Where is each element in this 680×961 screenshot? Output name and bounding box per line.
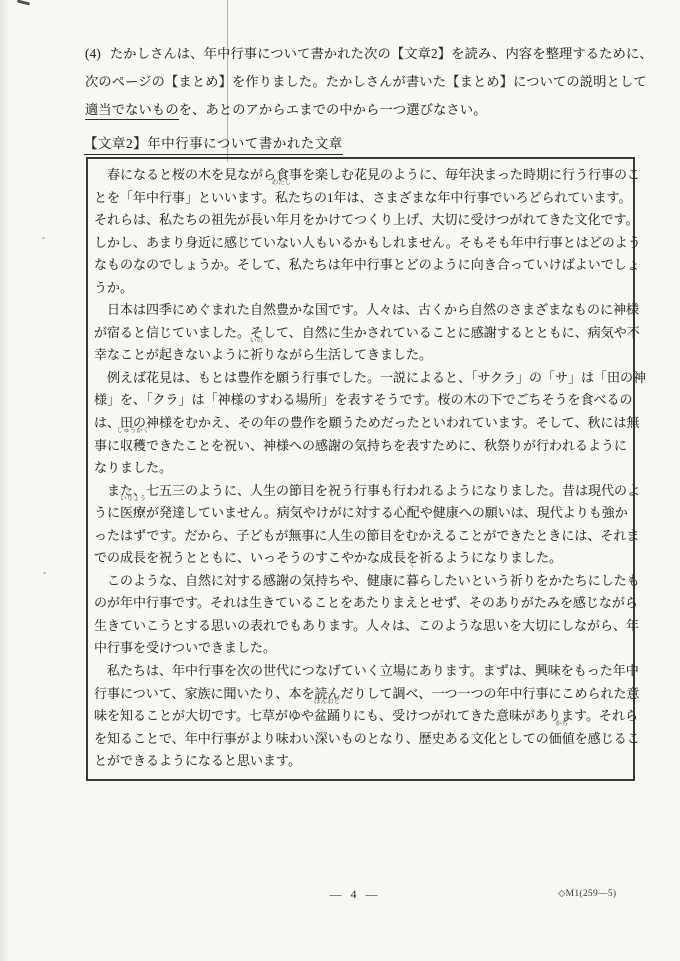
question-text: 次のページの【まとめ】を作りました。たかしさんが書いた【まとめ】についての説明と…: [85, 74, 647, 89]
passage-line: 味を知ることが大切です。七草がゆや盆踊ぼんおどりにも、受けつがれてきた意味があり…: [94, 705, 627, 728]
passage-line: での成長を祝うとともに、いっそうのすこやかな成長を祈るようになりました。: [94, 547, 627, 570]
passage-heading: 【文章2】年中行事について書かれた文章: [84, 133, 343, 155]
passage-line: 私たちは、年中行事を次の世代につなげていく立場にあります。まずは、興味をもった年…: [94, 660, 627, 683]
passage-line: 生きていこうとする思いの表れでもあります。人々は、このような思いを大切にしながら…: [94, 615, 627, 638]
passage-line: なものなのでしょうか。そして、私たちは年中行事とどのように向き合っていけばよいで…: [94, 254, 627, 277]
question-line: 適当でないものを、あとのアからエまでの中から一つ選びなさい。: [85, 96, 651, 124]
passage-line: 中行事を受けついできました。: [94, 637, 627, 660]
passage-line: が宿ると信じていました。そして、自然に生かされていることに感謝するとともに、病気…: [94, 322, 627, 345]
furigana-term: 私わたし: [275, 187, 288, 210]
footer-doc-code: ◇M1(259—5): [558, 888, 616, 899]
passage-line: は、田の神様をむかえ、その年の豊作を願うためだったといわれています。そして、秋に…: [94, 412, 627, 435]
question-block: (4)たかしさんは、年中行事について書かれた次の【文章2】を読み、内容を整理する…: [85, 40, 651, 124]
passage-box: 春になると桜の木を見ながら食事を楽しむ花見のように、毎年決まった時期に行う行事の…: [86, 157, 635, 781]
passage-line: 様」を、「クラ」は「神様のすわる場所」を表すそうです。桜の木の下でごちそうを食べ…: [94, 389, 627, 412]
furigana-term: 医療いりょう: [120, 502, 146, 525]
passage-line: 事に収穫しゅうかくできたことを祝い、神様への感謝の気持ちを表すために、秋祭りが行…: [94, 435, 627, 458]
underlined-phrase: 適当でないもの: [85, 102, 179, 120]
furigana-term: 価値かち: [549, 728, 575, 751]
furigana-term: 盆踊ぼんおど: [314, 705, 340, 728]
passage-line: 例えば花見は、もとは豊作を願う行事でした。一説によると、「サクラ」の「サ」は「田…: [94, 367, 627, 390]
passage-line: ったはずです。だから、子どもが無事に人生の節目をむかえることができたときには、そ…: [94, 525, 627, 548]
passage-line: のが年中行事です。それは生きていることをあたりまえとせず、そのありがたみを感じな…: [94, 592, 627, 615]
passage-line: 行事について、家族に聞いたり、本を読んだりして調べ、一つ一つの年中行事にこめられ…: [94, 683, 627, 706]
passage-line: このような、自然に対する感謝の気持ちや、健康に暮くらしたいという祈りをかたちにし…: [94, 570, 627, 593]
passage-line: うか。: [94, 277, 627, 300]
question-text: を、あとのアからエまでの中から一つ選びなさい。: [179, 102, 487, 117]
passage-line: 春になると桜の木を見ながら食事を楽しむ花見のように、毎年決まった時期に行う行事の…: [94, 164, 627, 187]
scan-speck: [17, 0, 30, 6]
furigana-term: 祈いの: [250, 344, 263, 367]
question-line: (4)たかしさんは、年中行事について書かれた次の【文章2】を読み、内容を整理する…: [85, 40, 651, 68]
passage-line: 幸なことが起きないように祈いのりながら生活してきました。: [94, 344, 627, 367]
passage-line: うに医療いりょうが発達していません。病気やけがに対する心配や健康への願いは、現代…: [94, 502, 627, 525]
passage-line: また、七五三のように、人生の節目を祝う行事も行われるようになりました。昔は現代の…: [94, 480, 627, 503]
question-line: 次のページの【まとめ】を作りました。たかしさんが書いた【まとめ】についての説明と…: [85, 68, 651, 96]
question-text: たかしさんは、年中行事について書かれた次の【文章2】を読み、内容を整理するために…: [110, 46, 653, 61]
passage-line: それらは、私たちの祖先が長い年月をかけてつくり上げ、大切に受けつがれてきた文化で…: [94, 209, 627, 232]
passage-line: とができるようになると思います。: [94, 750, 627, 773]
passage-line: とを「年中行事」といいます。私わたしたちの1年は、さまざまな年中行事でいろどられ…: [94, 187, 627, 210]
passage-line: しかし、あまり身近に感じていない人もいるかもしれません。そもそも年中行事とはどの…: [94, 232, 627, 255]
passage-line: なりました。: [94, 457, 627, 480]
question-number: (4): [85, 46, 101, 61]
scan-edge-shadow: [0, 0, 9, 961]
furigana-term: 暮く: [406, 570, 419, 593]
passage-line: を知ることで、年中行事がより味わい深いものとなり、歴史ある文化としての価値かちを…: [94, 728, 627, 751]
furigana-term: 収穫しゅうかく: [120, 435, 146, 458]
scanned-exam-page: (4)たかしさんは、年中行事について書かれた次の【文章2】を読み、内容を整理する…: [0, 0, 680, 961]
scan-speck: [42, 237, 45, 239]
scan-speck: [43, 572, 46, 574]
passage-line: 日本は四季にめぐまれた自然豊かな国です。人々は、古くから自然のさまざまなものに神…: [94, 299, 627, 322]
